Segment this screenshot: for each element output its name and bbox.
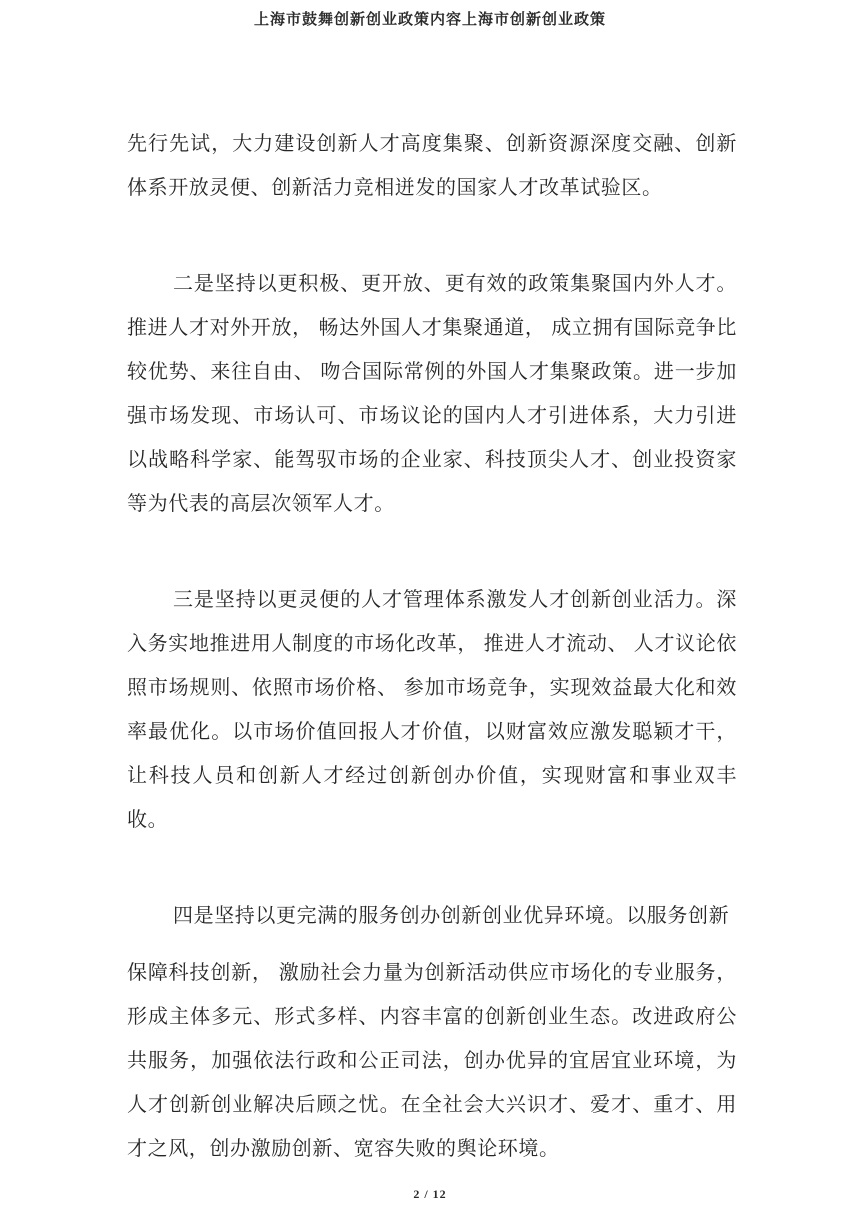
- document-page: 上海市鼓舞创新创业政策内容上海市创新创业政策 先行先试，大力建设创新人才高度集聚…: [0, 0, 860, 1218]
- body-paragraph: 保障科技创新， 激励社会力量为创新活动供应市场化的专业服务， 形成主体多元、形式…: [127, 951, 737, 1171]
- body-paragraph: 三是坚持以更灵便的人才管理体系激发人才创新创业活力。深入务实地推进用人制度的市场…: [127, 578, 737, 842]
- document-body: 先行先试，大力建设创新人才高度集聚、创新资源深度交融、创新体系开放灵便、创新活力…: [127, 122, 737, 1171]
- body-paragraph: 先行先试，大力建设创新人才高度集聚、创新资源深度交融、创新体系开放灵便、创新活力…: [127, 122, 737, 210]
- page-number: 2 / 12: [0, 1187, 860, 1202]
- document-title: 上海市鼓舞创新创业政策内容上海市创新创业政策: [0, 8, 860, 29]
- body-paragraph: 二是坚持以更积极、更开放、更有效的政策集聚国内外人才。推进人才对外开放， 畅达外…: [127, 262, 737, 526]
- body-paragraph: 四是坚持以更完满的服务创办创新创业优异环境。以服务创新: [127, 894, 737, 938]
